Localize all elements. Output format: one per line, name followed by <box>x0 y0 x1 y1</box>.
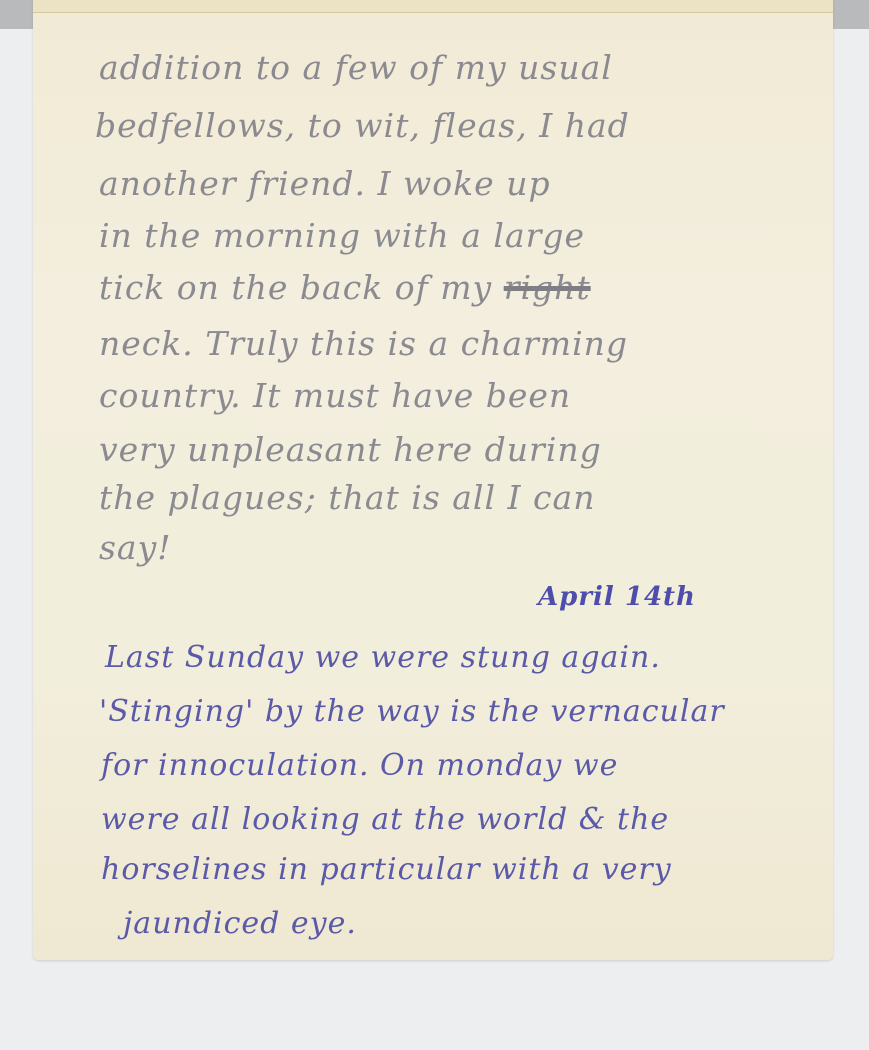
handwritten-line: another friend. I woke up <box>99 164 551 203</box>
handwritten-line: Last Sunday we were stung again. <box>105 640 661 675</box>
notebook-page: addition to a few of my usual bedfellows… <box>33 0 833 960</box>
handwritten-line: bedfellows, to wit, fleas, I had <box>95 106 630 145</box>
handwritten-line: were all looking at the world & the <box>101 802 669 837</box>
notebook-binding-strip <box>33 0 833 13</box>
handwritten-line: very unpleasant here during <box>99 430 602 469</box>
handwritten-line: say! <box>99 528 172 567</box>
handwritten-line-text: tick on the back of my <box>99 268 492 307</box>
handwritten-line: country. It must have been <box>99 376 571 415</box>
handwritten-line: addition to a few of my usual <box>99 48 613 87</box>
handwritten-line: jaundiced eye. <box>123 906 357 941</box>
struck-out-word: right <box>504 268 591 307</box>
handwritten-line: for innoculation. On monday we <box>101 748 618 783</box>
handwritten-line: tick on the back of my right <box>99 268 591 307</box>
handwritten-line: neck. Truly this is a charming <box>99 324 628 363</box>
handwritten-line: 'Stinging' by the way is the vernacular <box>99 694 725 729</box>
handwritten-line: horselines in particular with a very <box>101 852 672 887</box>
entry-date: April 14th <box>538 582 696 612</box>
handwritten-line: the plagues; that is all I can <box>99 478 595 517</box>
handwritten-line: in the morning with a large <box>99 216 585 255</box>
